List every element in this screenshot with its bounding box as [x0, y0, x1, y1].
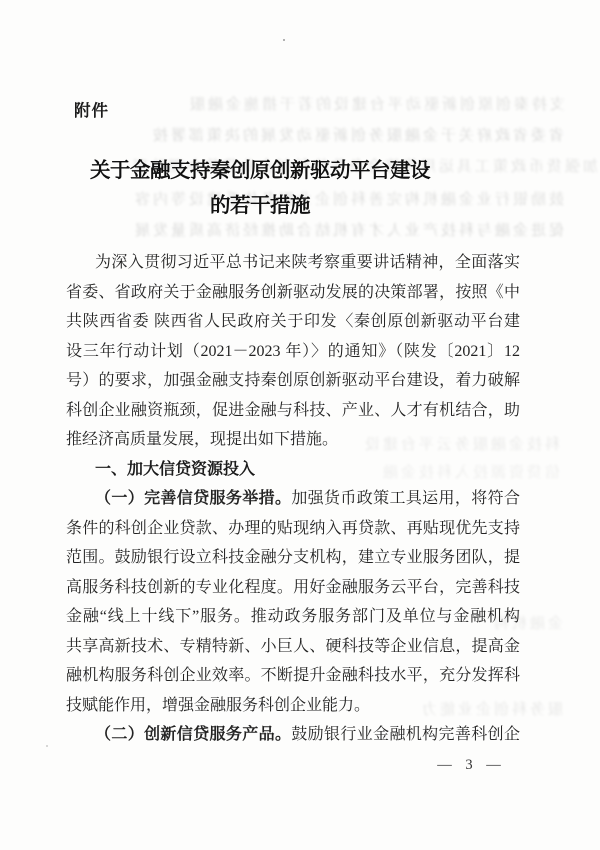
document-title: 关于金融支持秦创原创新驱动平台建设 的若干措施: [30, 154, 490, 224]
section-heading: 一、加大信贷资源投入: [66, 455, 520, 485]
body-line: 为深入贯彻习近平总书记来陕考察重要讲话精神，全面落实: [66, 248, 520, 278]
body-line-text: 技赋能作用，增强金融服务科创企业能力。: [66, 697, 370, 714]
body-line: （一）完善信贷服务举措。加强货币政策工具运用，将符合: [66, 484, 520, 514]
body-line: 推经济高质量发展，现提出如下措施。: [66, 425, 520, 455]
bleed-through-text: 省委省政府关于金融服务创新驱动发展的决策部署按: [44, 126, 564, 146]
body-line: 共陕西省委 陕西省人民政府关于印发〈秦创原创新驱动平台建: [66, 307, 520, 337]
body-line-text: 高服务科技创新的专业化程度。用好金融服务云平台，完善科技: [66, 579, 520, 596]
body-line: （二）创新信贷服务产品。鼓励银行业金融机构完善科创企: [66, 720, 520, 750]
body-line-text: 科创企业融资瓶颈，促进金融与科技、产业、人才有机结合，助: [66, 402, 520, 419]
attachment-label: 附件: [74, 97, 109, 121]
body-line: 高服务科技创新的专业化程度。用好金融服务云平台，完善科技: [66, 573, 520, 603]
section-heading-text: 一、加大信贷资源投入: [95, 461, 255, 478]
scan-speckle: [46, 745, 48, 747]
title-line-1: 关于金融支持秦创原创新驱动平台建设: [30, 154, 490, 189]
bleed-through-text: 促进金融与科技产业人才有机结合助推经济高质量发展: [52, 221, 564, 241]
body-line: 科创企业融资瓶颈，促进金融与科技、产业、人才有机结合，助: [66, 396, 520, 426]
body-line-text: 鼓励银行业金融机构完善科创企: [291, 726, 520, 743]
body-line: 范围。鼓励银行设立科技金融分支机构，建立专业服务团队，提: [66, 543, 520, 573]
body-line-text: 省委、省政府关于金融服务创新驱动发展的决策部署，按照《中: [66, 284, 520, 301]
body-line: 设三年行动计划（2021－2023 年）〉的通知》（陕发〔2021〕12: [66, 337, 520, 367]
body-line: 条件的科创企业贷款、办理的贴现纳入再贷款、再贴现优先支持: [66, 514, 520, 544]
body-line-text: 设三年行动计划（2021－2023 年）〉的通知》（陕发〔2021〕12: [66, 343, 520, 360]
body-line: 融机构服务科创企业效率。不断提升金融科技水平，充分发挥科: [66, 661, 520, 691]
document-body: 为深入贯彻习近平总书记来陕考察重要讲话精神，全面落实 省委、省政府关于金融服务创…: [66, 248, 520, 750]
body-line-text: 条件的科创企业贷款、办理的贴现纳入再贷款、再贴现优先支持: [66, 520, 520, 537]
body-line-text: 为深入贯彻习近平总书记来陕考察重要讲话精神，全面落实: [95, 254, 520, 271]
body-line-text: 号）的要求，加强金融支持秦创原创新驱动平台建设，着力破解: [66, 372, 520, 389]
scanned-document-page: 支持秦创原创新驱动平台建设的若干措施金融服 省委省政府关于金融服务创新驱动发展的…: [0, 0, 600, 850]
item-heading-text: （二）创新信贷服务产品。: [95, 726, 291, 743]
bleed-through-text: 支持秦创原创新驱动平台建设的若干措施金融服: [108, 95, 565, 115]
body-line-text: 加强货币政策工具运用，将符合: [291, 490, 520, 507]
body-line-text: 推经济高质量发展，现提出如下措施。: [66, 431, 338, 448]
body-line-text: 共陕西省委 陕西省人民政府关于印发〈秦创原创新驱动平台建: [66, 313, 520, 330]
body-line-text: 融机构服务科创企业效率。不断提升金融科技水平，充分发挥科: [66, 667, 520, 684]
scan-speckle: [283, 39, 285, 41]
body-line: 技赋能作用，增强金融服务科创企业能力。: [66, 691, 520, 721]
body-line-text: 范围。鼓励银行设立科技金融分支机构，建立专业服务团队，提: [66, 549, 520, 566]
title-line-2: 的若干措施: [30, 189, 490, 224]
item-heading-text: （一）完善信贷服务举措。: [95, 490, 291, 507]
body-line: 金融“线上十线下”服务。推动政务服务部门及单位与金融机构: [66, 602, 520, 632]
body-line: 省委、省政府关于金融服务创新驱动发展的决策部署，按照《中: [66, 278, 520, 308]
body-line: 号）的要求，加强金融支持秦创原创新驱动平台建设，着力破解: [66, 366, 520, 396]
page-number: — 3 —: [420, 757, 520, 774]
body-line-text: 共享高新技术、专精特新、小巨人、硬科技等企业信息，提高金: [66, 638, 520, 655]
body-line: 共享高新技术、专精特新、小巨人、硬科技等企业信息，提高金: [66, 632, 520, 662]
body-line-text: 金融“线上十线下”服务。推动政务服务部门及单位与金融机构: [66, 608, 520, 625]
